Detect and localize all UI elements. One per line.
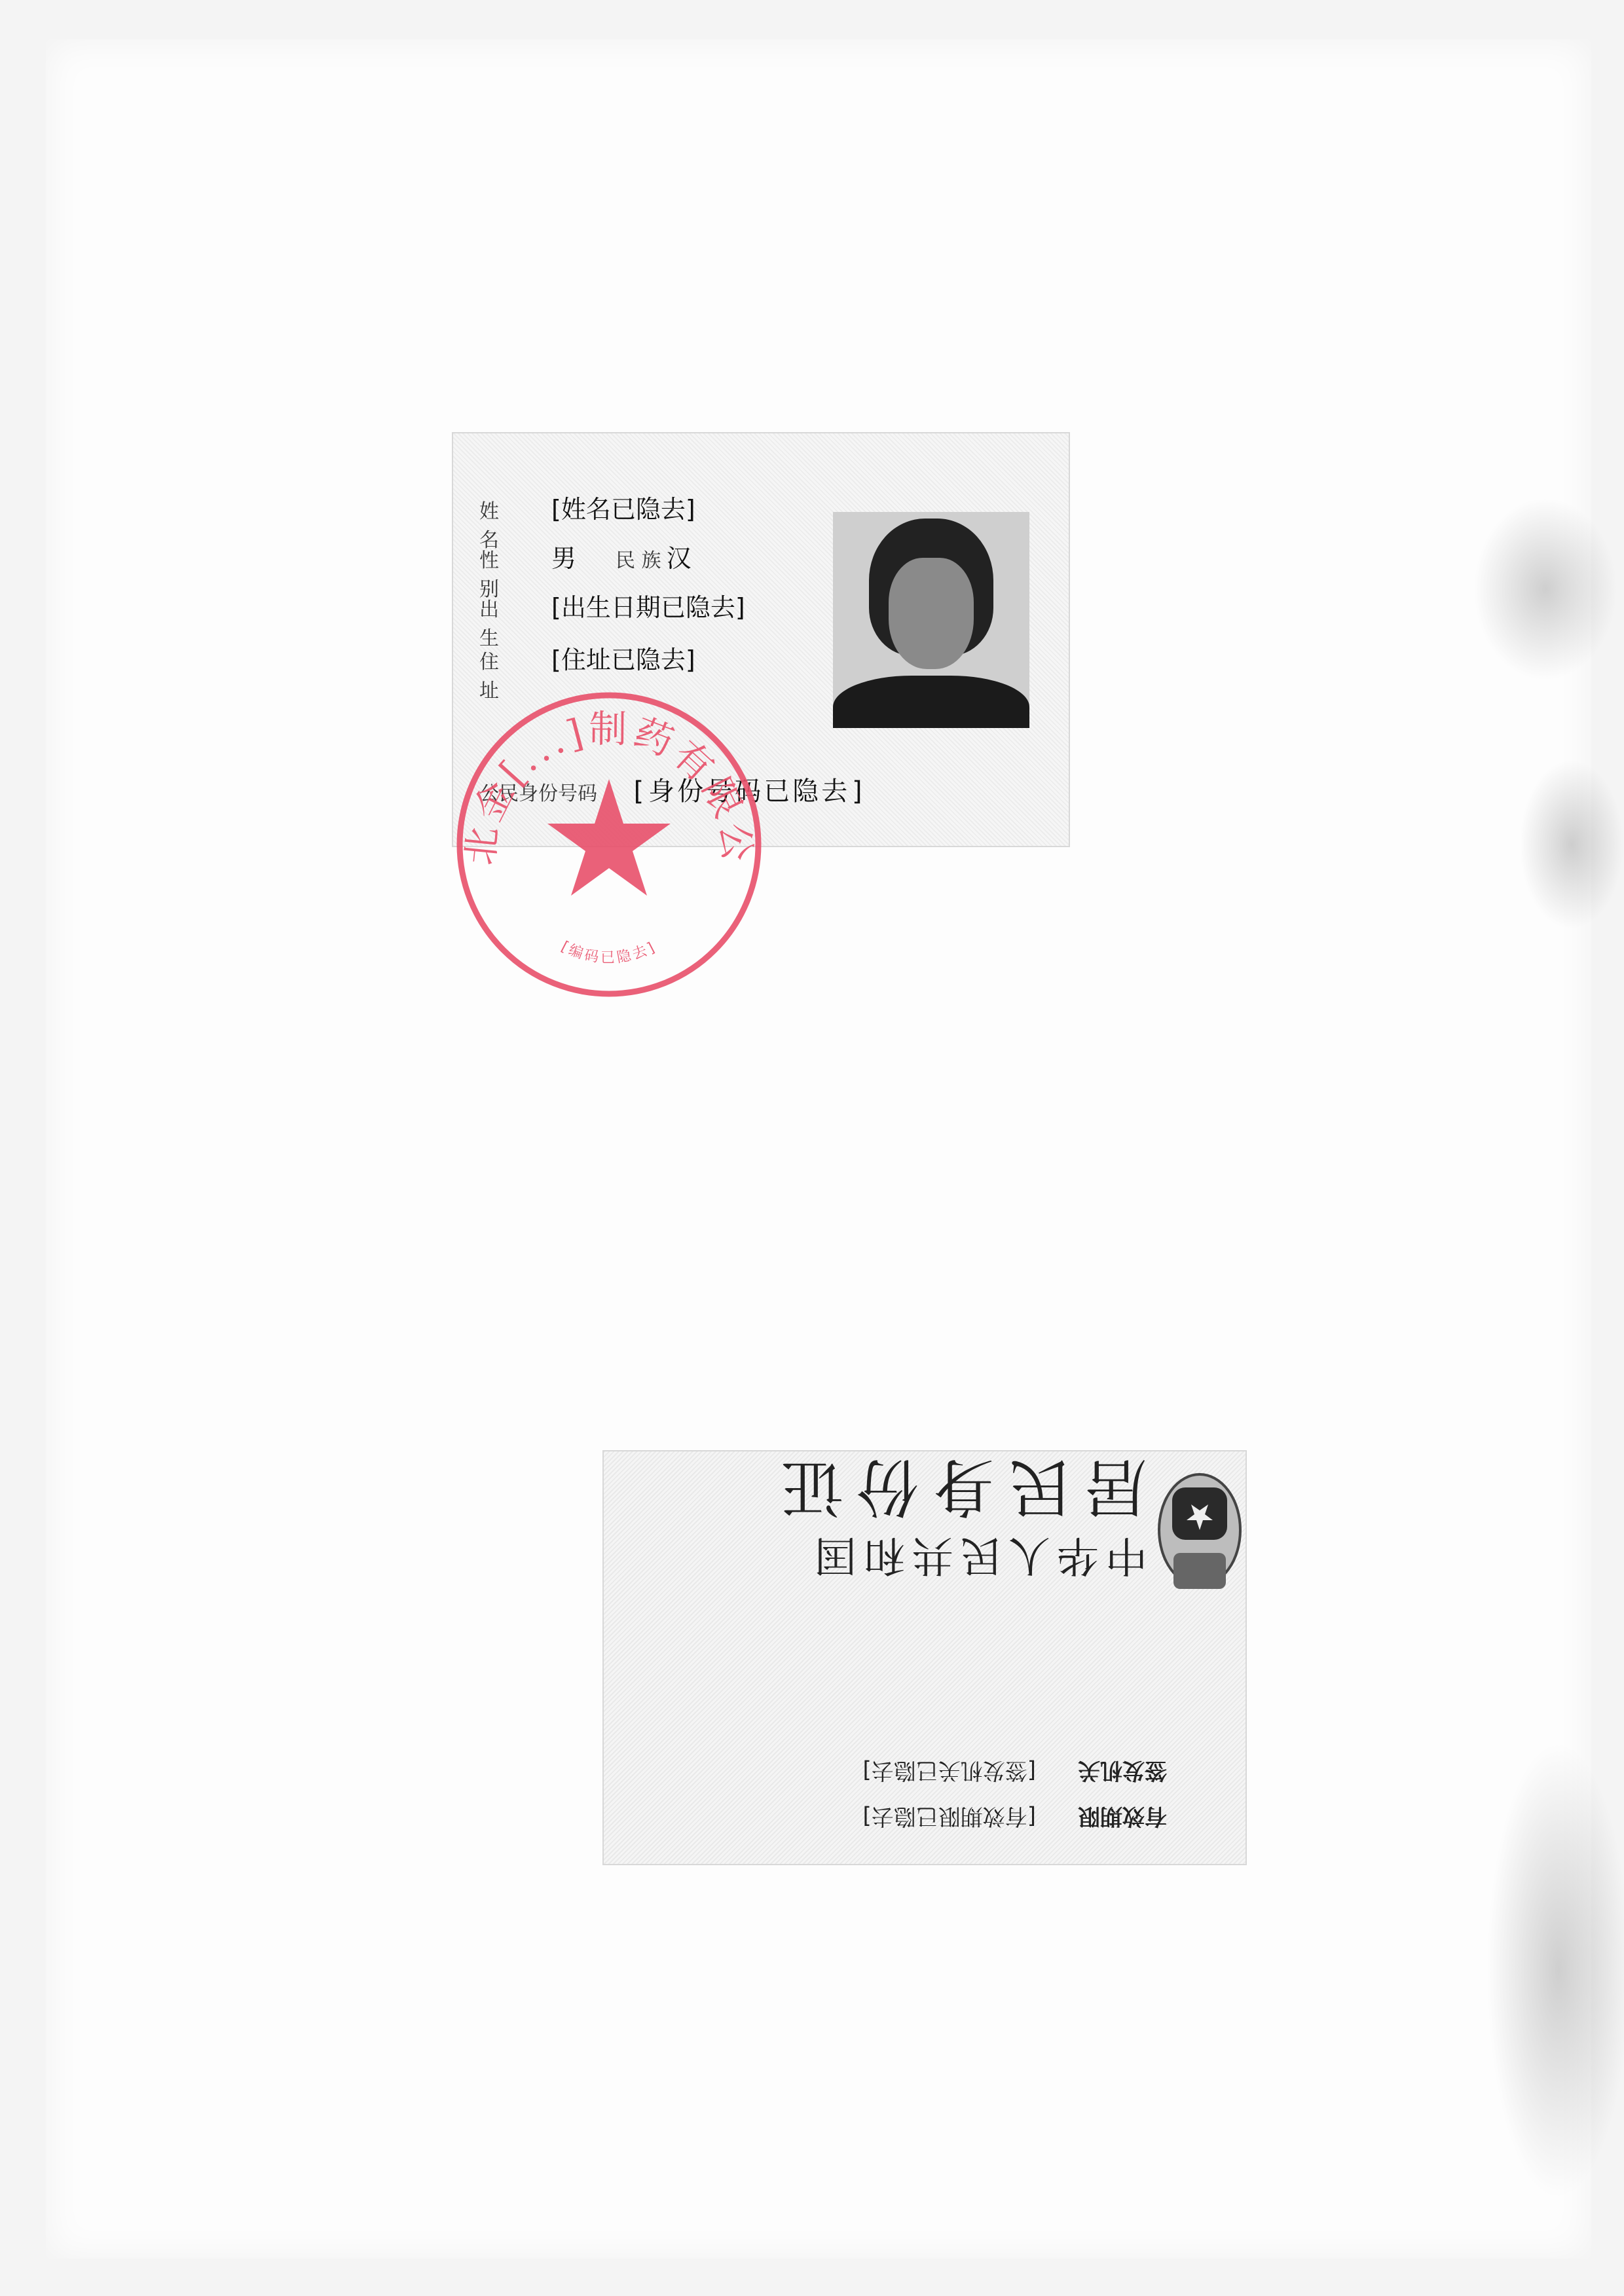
star-icon bbox=[547, 779, 671, 896]
issuer-label: 签发机关 bbox=[1036, 1757, 1167, 1789]
validity-label: 有效期限 bbox=[1036, 1802, 1167, 1834]
scan-smudge bbox=[1519, 759, 1624, 930]
national-emblem-icon bbox=[1154, 1471, 1246, 1602]
issuer-value: [签发机关已隐去] bbox=[862, 1757, 1036, 1789]
validity-row: 有效期限 [有效期限已隐去] bbox=[862, 1802, 1167, 1834]
ethnicity-label: 民 族 bbox=[616, 544, 661, 573]
id-card-back: 中华人民共和国 居民身份证 签发机关 [签发机关已隐去] 有效期限 [有效期限已… bbox=[602, 1450, 1247, 1865]
card-title-idcard: 居民身份证 bbox=[767, 1447, 1147, 1537]
card-title-country: 中华人民共和国 bbox=[808, 1529, 1147, 1589]
scanned-page bbox=[46, 39, 1591, 2259]
portrait-photo-placeholder bbox=[833, 512, 1029, 728]
company-seal-stamp: 河北金[...]制药有限公司 [编码已隐去] bbox=[452, 687, 766, 1002]
svg-text:[编码已隐去]: [编码已隐去] bbox=[559, 939, 659, 966]
scan-smudge bbox=[1473, 498, 1617, 681]
issuer-row: 签发机关 [签发机关已隐去] bbox=[862, 1757, 1167, 1789]
ethnicity-value: 汉 bbox=[667, 538, 692, 574]
validity-value: [有效期限已隐去] bbox=[862, 1802, 1036, 1834]
address-line1: [住址已隐去] bbox=[551, 640, 695, 676]
name-value: [姓名已隐去] bbox=[551, 489, 695, 525]
sex-value: 男 bbox=[551, 538, 576, 574]
birth-value: [出生日期已隐去] bbox=[551, 587, 745, 623]
scan-smudge bbox=[1486, 1741, 1624, 2200]
